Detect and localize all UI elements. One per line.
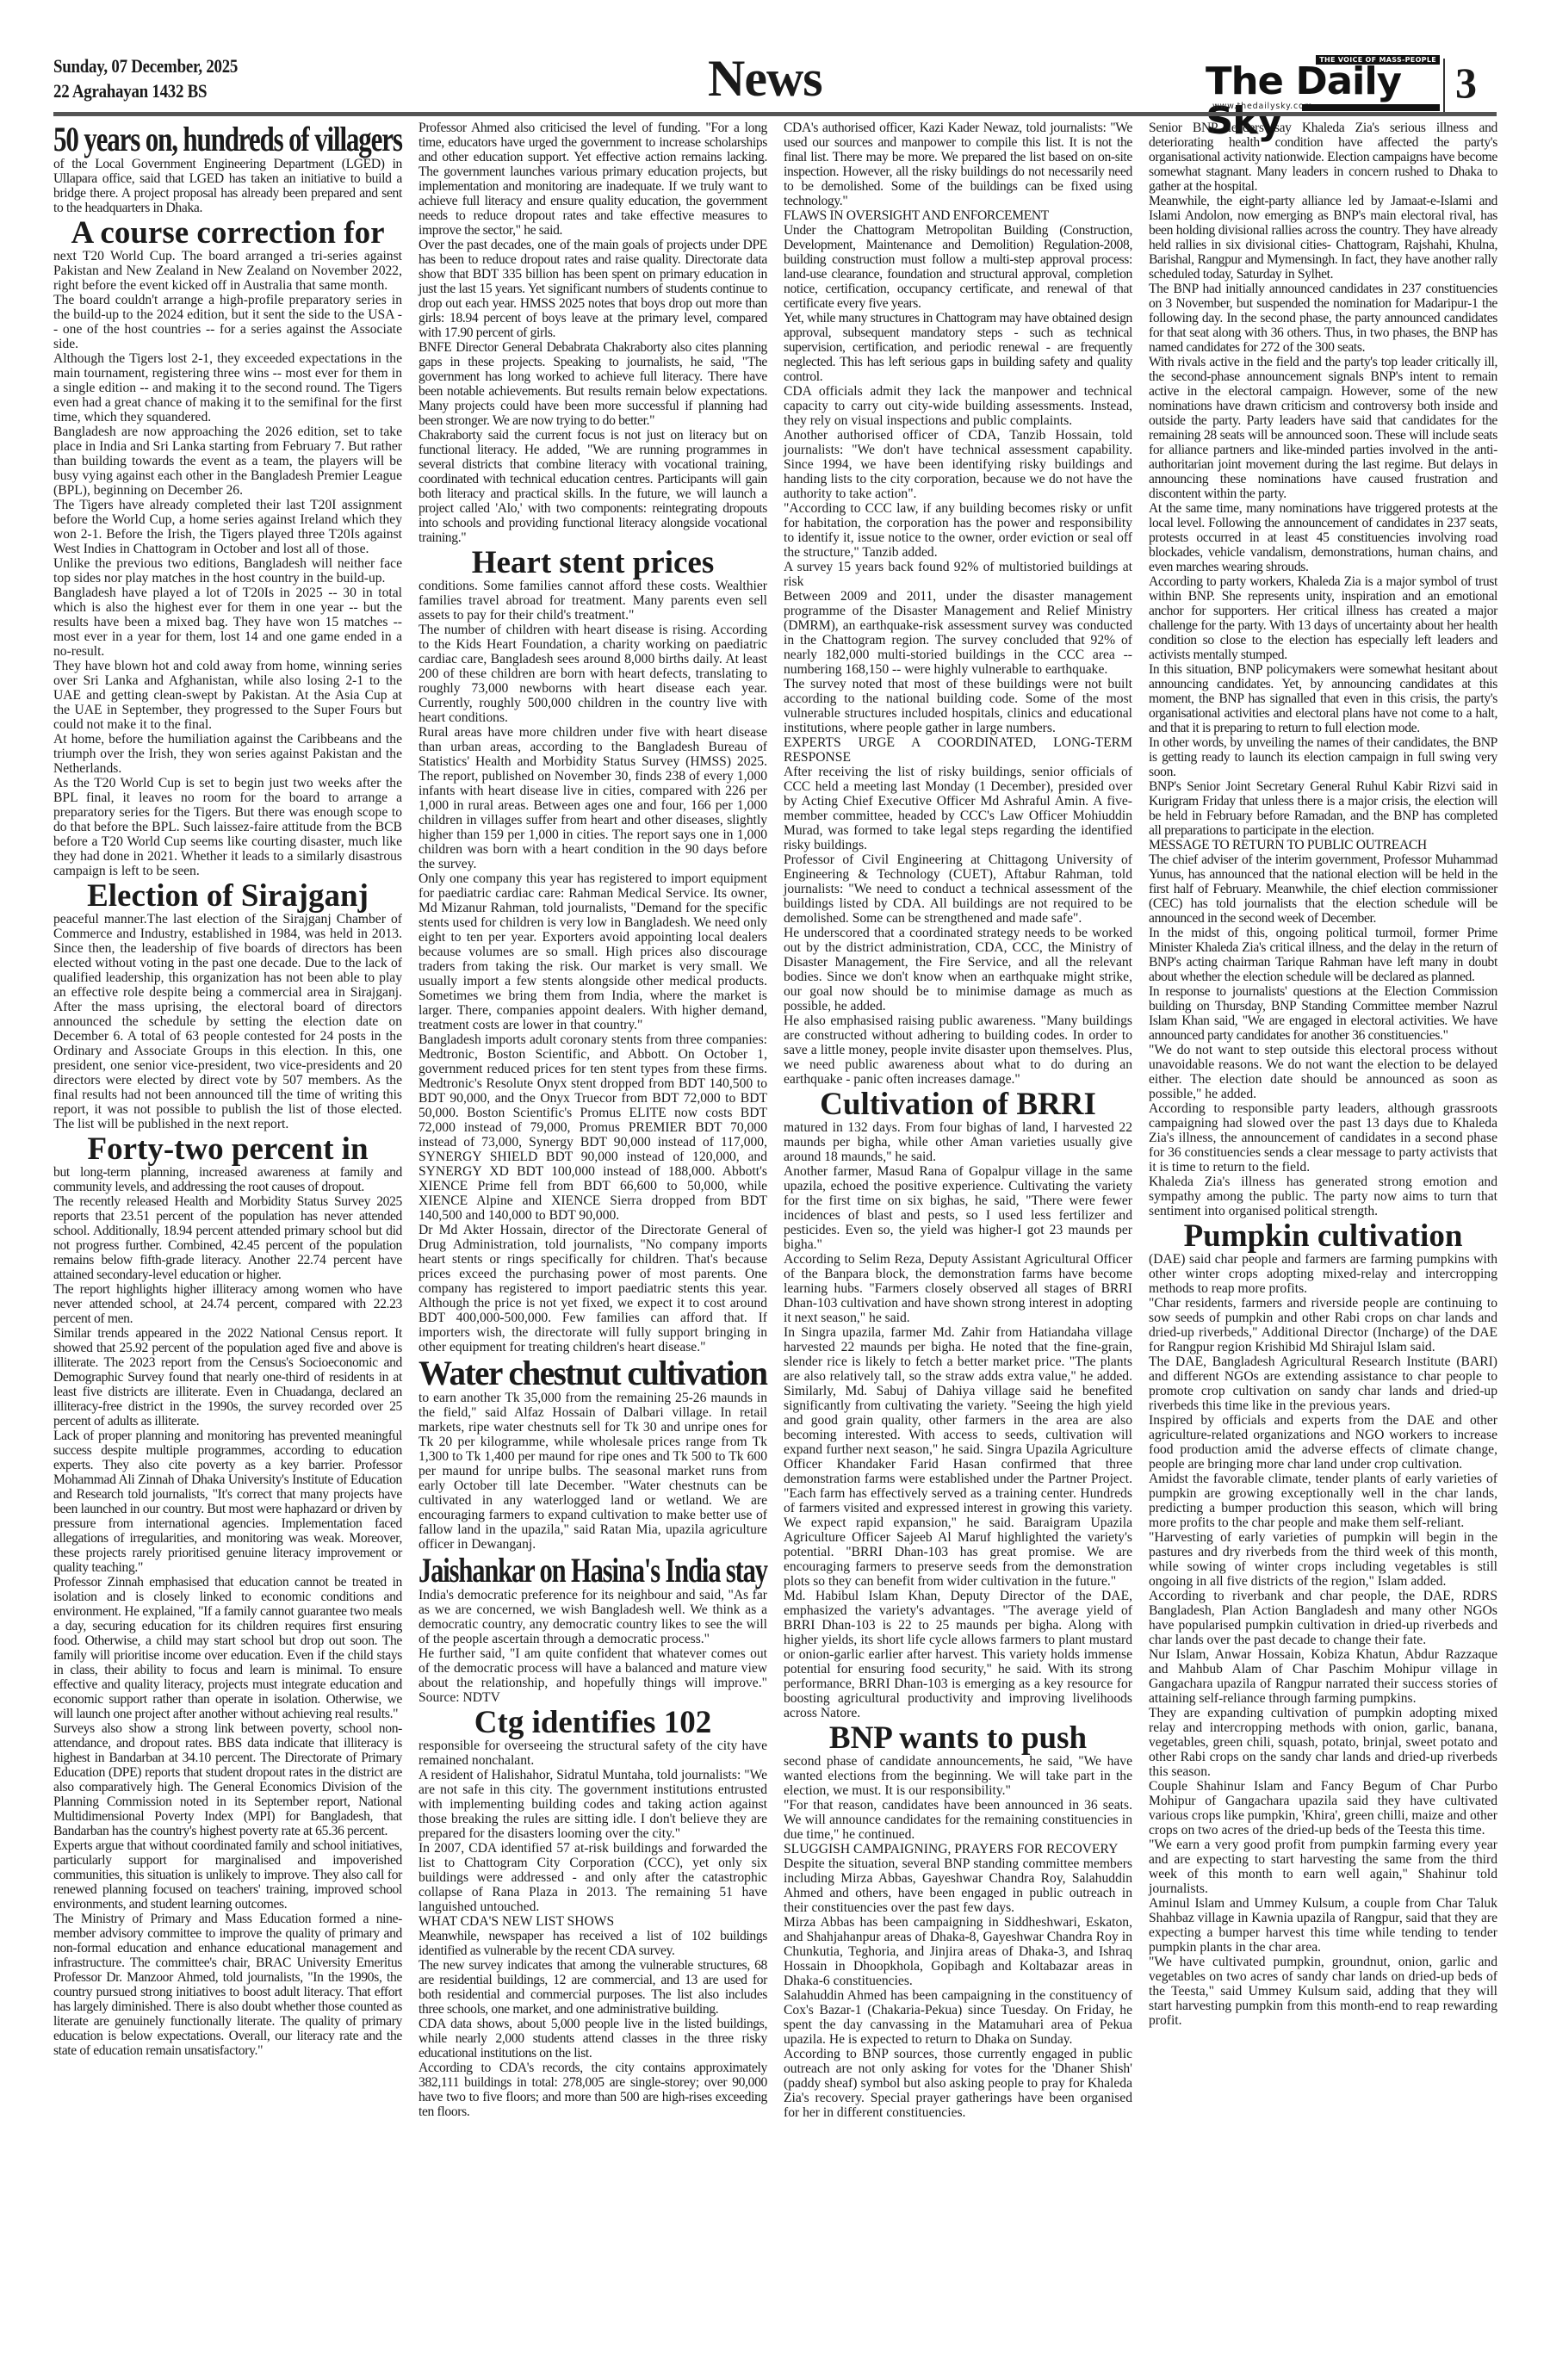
article-paragraph: At home, before the humiliation against …: [53, 732, 402, 776]
article-paragraph: Professor Zinnah emphasised that educati…: [53, 1575, 402, 1721]
article-paragraph: In this situation, BNP policymakers were…: [1149, 662, 1497, 735]
article-paragraph: At the same time, many nominations have …: [1149, 501, 1497, 574]
masthead-divider: [1443, 59, 1445, 115]
article-paragraph: "According to CCC law, if any building b…: [784, 501, 1132, 560]
article-paragraph: Salahuddin Ahmed has been campaigning in…: [784, 1988, 1132, 2047]
article-paragraph: India's democratic preference for its ne…: [418, 1588, 767, 1646]
article-paragraph: Between 2009 and 2011, under the disaste…: [784, 589, 1132, 677]
article-paragraph: According to responsible party leaders, …: [1149, 1101, 1497, 1175]
article-paragraph: CDA officials admit they lack the manpow…: [784, 384, 1132, 428]
article-paragraph: "Harvesting of early varieties of pumpki…: [1149, 1530, 1497, 1589]
article-paragraph: Similar trends appeared in the 2022 Nati…: [53, 1326, 402, 1429]
article-paragraph: Khaleda Zia's illness has generated stro…: [1149, 1175, 1497, 1218]
article-paragraph: BNFE Director General Debabrata Chakrabo…: [418, 340, 767, 428]
article-paragraph: Bangladesh imports adult coronary stents…: [418, 1032, 767, 1223]
article-paragraph: MESSAGE TO RETURN TO PUBLIC OUTREACH: [1149, 838, 1497, 852]
article-paragraph: Another farmer, Masud Rana of Gopalpur v…: [784, 1164, 1132, 1252]
column-3: CDA's authorised officer, Kazi Kader New…: [784, 121, 1132, 2120]
article-headline: Water chestnut cultivation: [418, 1356, 759, 1391]
section-title: News: [708, 50, 822, 107]
article-paragraph: Meanwhile, newspaper has received a list…: [418, 1929, 767, 1958]
article-paragraph: "Char residents, farmers and riverside p…: [1149, 1296, 1497, 1354]
article-paragraph: In the midst of this, ongoing political …: [1149, 926, 1497, 984]
page-number: 3: [1455, 57, 1477, 108]
article-paragraph: Nur Islam, Anwar Hossain, Kobiza Khatun,…: [1149, 1647, 1497, 1706]
article-paragraph: Meanwhile, the eight-party alliance led …: [1149, 194, 1497, 282]
article-paragraph: He underscored that a coordinated strate…: [784, 926, 1132, 1013]
article-paragraph: Unlike the previous two editions, Bangla…: [53, 556, 402, 586]
article-headline: A course correction for: [53, 217, 402, 249]
article-paragraph: The report highlights higher illiteracy …: [53, 1282, 402, 1326]
article-paragraph: Only one company this year has registere…: [418, 871, 767, 1032]
article-paragraph: (DAE) said char people and farmers are f…: [1149, 1252, 1497, 1296]
article-paragraph: WHAT CDA'S NEW LIST SHOWS: [418, 1914, 767, 1929]
masthead-rule: [53, 112, 1497, 116]
article-paragraph: of the Local Government Engineering Depa…: [53, 157, 402, 215]
article-paragraph: BNP's Senior Joint Secretary General Ruh…: [1149, 779, 1497, 838]
article-paragraph: FLAWS IN OVERSIGHT AND ENFORCEMENT: [784, 208, 1132, 223]
article-paragraph: conditions. Some families cannot afford …: [418, 579, 767, 623]
column-2: Professor Ahmed also criticised the leve…: [418, 121, 767, 2119]
article-paragraph: In 2007, CDA identified 57 at-risk build…: [418, 1841, 767, 1914]
article-paragraph: With rivals active in the field and the …: [1149, 355, 1497, 501]
article-paragraph: The Tigers have already completed their …: [53, 498, 402, 556]
article-paragraph: In Singra upazila, farmer Md. Zahir from…: [784, 1325, 1132, 1589]
article-paragraph: The DAE, Bangladesh Agricultural Researc…: [1149, 1354, 1497, 1413]
article-paragraph: The BNP had initially announced candidat…: [1149, 282, 1497, 355]
article-paragraph: Inspired by officials and experts from t…: [1149, 1413, 1497, 1472]
article-paragraph: Despite the situation, several BNP stand…: [784, 1856, 1132, 1915]
article-paragraph: As the T20 World Cup is set to begin jus…: [53, 776, 402, 878]
article-paragraph: peaceful manner.The last election of the…: [53, 912, 402, 1131]
article-paragraph: EXPERTS URGE A COORDINATED, LONG-TERM RE…: [784, 735, 1132, 765]
article-paragraph: Bangladesh are now approaching the 2026 …: [53, 425, 402, 498]
article-paragraph: They have blown hot and cold away from h…: [53, 659, 402, 732]
column-1: 50 years on, hundreds of villagersof the…: [53, 121, 402, 2058]
article-paragraph: He further said, "I am quite confident t…: [418, 1646, 767, 1705]
article-headline: Jaishankar on Hasina's India stay: [418, 1553, 685, 1588]
issue-date: Sunday, 07 December, 2025: [53, 53, 238, 78]
article-paragraph: According to riverbank and char people, …: [1149, 1589, 1497, 1647]
article-paragraph: In other words, by unveiling the names o…: [1149, 735, 1497, 779]
article-headline: 50 years on, hundreds of villagers: [53, 122, 324, 157]
article-paragraph: In response to journalists' questions at…: [1149, 984, 1497, 1043]
article-paragraph: Surveys also show a strong link between …: [53, 1721, 402, 1838]
newspaper-logo[interactable]: THE VOICE OF MASS-PEOPLE The Daily Sky w…: [1207, 55, 1440, 110]
article-paragraph: The new survey indicates that among the …: [418, 1958, 767, 2017]
article-paragraph: Experts argue that without coordinated f…: [53, 1838, 402, 1912]
article-headline: Heart stent prices: [418, 547, 767, 579]
article-headline: Forty-two percent in: [53, 1133, 402, 1165]
article-paragraph: Bangladesh have played a lot of T20Is in…: [53, 586, 402, 659]
article-paragraph: Mirza Abbas has been campaigning in Sidd…: [784, 1915, 1132, 1988]
article-paragraph: The number of children with heart diseas…: [418, 623, 767, 725]
article-paragraph: According to BNP sources, those currentl…: [784, 2047, 1132, 2120]
masthead: Sunday, 07 December, 2025 22 Agrahayan 1…: [53, 50, 1497, 117]
article-headline: Pumpkin cultivation: [1149, 1220, 1497, 1252]
article-paragraph: Amidst the favorable climate, tender pla…: [1149, 1472, 1497, 1530]
article-paragraph: Another authorised officer of CDA, Tanzi…: [784, 428, 1132, 501]
article-paragraph: Over the past decades, one of the main g…: [418, 238, 767, 340]
article-paragraph: second phase of candidate announcements,…: [784, 1754, 1132, 1798]
article-paragraph: Under the Chattogram Metropolitan Buildi…: [784, 223, 1132, 311]
article-paragraph: Yet, while many structures in Chattogram…: [784, 311, 1132, 384]
article-paragraph: The survey noted that most of these buil…: [784, 677, 1132, 735]
article-paragraph: Md. Habibul Islam Khan, Deputy Director …: [784, 1589, 1132, 1720]
article-paragraph: A resident of Halishahor, Sidratul Munta…: [418, 1768, 767, 1841]
article-paragraph: According to CDA's records, the city con…: [418, 2061, 767, 2119]
article-paragraph: to earn another Tk 35,000 from the remai…: [418, 1391, 767, 1552]
article-paragraph: According to party workers, Khaleda Zia …: [1149, 574, 1497, 662]
article-paragraph: Professor of Civil Engineering at Chitta…: [784, 852, 1132, 926]
date-block: Sunday, 07 December, 2025 22 Agrahayan 1…: [53, 53, 238, 103]
article-headline: Cultivation of BRRI: [784, 1088, 1132, 1120]
article-paragraph: He also emphasised raising public awaren…: [784, 1013, 1132, 1087]
article-paragraph: Couple Shahinur Islam and Fancy Begum of…: [1149, 1779, 1497, 1838]
article-paragraph: Professor Ahmed also criticised the leve…: [418, 121, 767, 238]
article-headline: Election of Sirajganj: [53, 880, 402, 912]
bangla-date: 22 Agrahayan 1432 BS: [53, 78, 238, 103]
article-paragraph: responsible for overseeing the structura…: [418, 1739, 767, 1768]
article-paragraph: Although the Tigers lost 2-1, they excee…: [53, 351, 402, 425]
article-paragraph: Rural areas have more children under fiv…: [418, 725, 767, 871]
article-paragraph: next T20 World Cup. The board arranged a…: [53, 249, 402, 293]
article-paragraph: Dr Md Akter Hossain, director of the Dir…: [418, 1223, 767, 1354]
article-paragraph: SLUGGISH CAMPAIGNING, PRAYERS FOR RECOVE…: [784, 1842, 1132, 1856]
article-paragraph: The recently released Health and Morbidi…: [53, 1194, 402, 1282]
article-paragraph: A survey 15 years back found 92% of mult…: [784, 560, 1132, 589]
article-paragraph: The board couldn't arrange a high-profil…: [53, 293, 402, 351]
article-paragraph: matured in 132 days. From four bighas of…: [784, 1120, 1132, 1164]
logo-url[interactable]: www.thedailysky.com: [1212, 102, 1313, 111]
article-paragraph: They are expanding cultivation of pumpki…: [1149, 1706, 1497, 1779]
article-paragraph: but long-term planning, increased awaren…: [53, 1165, 402, 1194]
article-paragraph: Senior BNP leaders say Khaleda Zia's ser…: [1149, 121, 1497, 194]
article-paragraph: Lack of proper planning and monitoring h…: [53, 1429, 402, 1575]
article-headline: BNP wants to push: [784, 1722, 1132, 1754]
article-paragraph: CDA data shows, about 5,000 people live …: [418, 2017, 767, 2061]
article-paragraph: "We do not want to step outside this ele…: [1149, 1043, 1497, 1101]
article-paragraph: CDA's authorised officer, Kazi Kader New…: [784, 121, 1132, 208]
article-paragraph: After receiving the list of risky buildi…: [784, 765, 1132, 852]
column-4: Senior BNP leaders say Khaleda Zia's ser…: [1149, 121, 1497, 2028]
article-paragraph: According to Selim Reza, Deputy Assistan…: [784, 1252, 1132, 1325]
article-paragraph: The chief adviser of the interim governm…: [1149, 852, 1497, 926]
article-paragraph: The Ministry of Primary and Mass Educati…: [53, 1912, 402, 2058]
logo-bar: [1302, 104, 1440, 111]
article-paragraph: "For that reason, candidates have been a…: [784, 1798, 1132, 1842]
article-paragraph: Chakraborty said the current focus is no…: [418, 428, 767, 545]
article-paragraph: "We earn a very good profit from pumpkin…: [1149, 1838, 1497, 1896]
article-paragraph: "We have cultivated pumpkin, groundnut, …: [1149, 1955, 1497, 2028]
article-headline: Ctg identifies 102: [418, 1707, 767, 1739]
article-paragraph: Aminul Islam and Ummey Kulsum, a couple …: [1149, 1896, 1497, 1955]
